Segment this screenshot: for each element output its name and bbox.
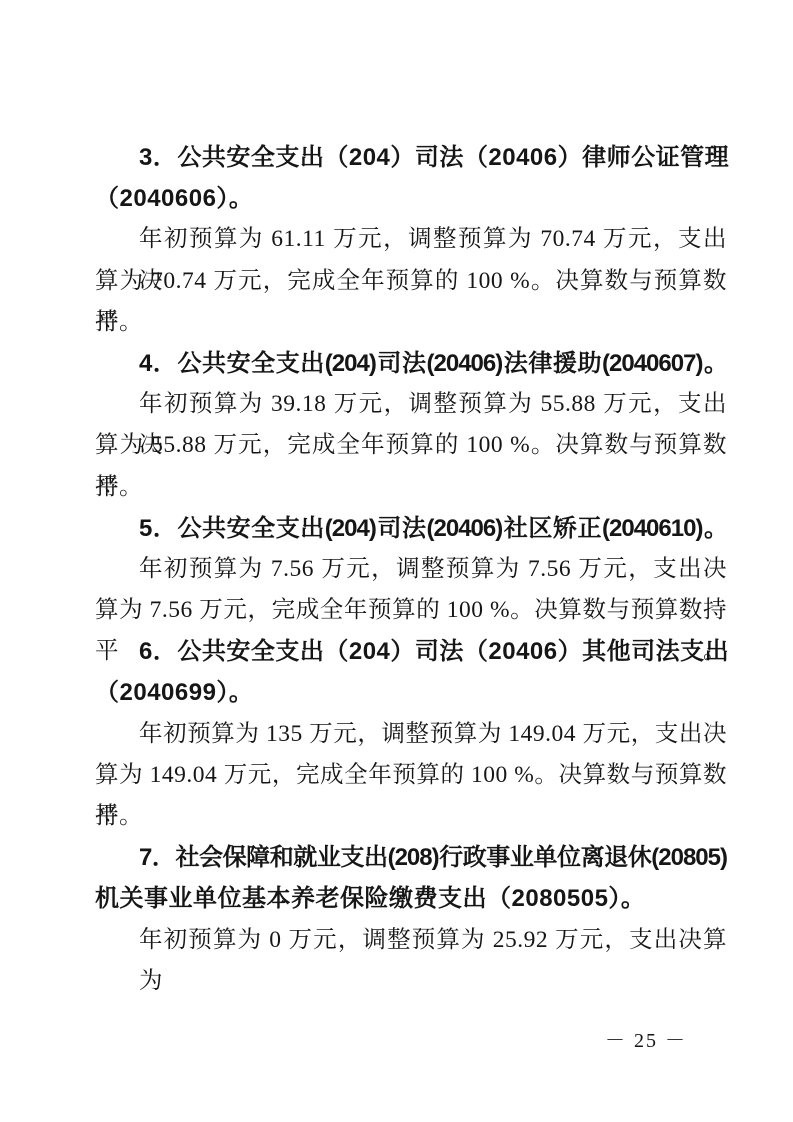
document-page: 3．公共安全支出（204）司法（20406）律师公证管理 （2040606）。 …	[0, 0, 793, 1122]
section-4-body-line-3: 平。	[95, 467, 727, 508]
section-3-body-line-2: 算为 70.74 万元，完成全年预算的 100 %。决算数与预算数持	[95, 261, 727, 302]
section-7-heading-line-2: 机关事业单位基本养老保险缴费支出（2080505）。	[95, 878, 727, 919]
section-3-heading-line-2: （2040606）。	[95, 178, 727, 219]
section-3-heading-line-1: 3．公共安全支出（204）司法（20406）律师公证管理	[95, 137, 727, 178]
document-body: 3．公共安全支出（204）司法（20406）律师公证管理 （2040606）。 …	[95, 137, 727, 961]
section-6-heading-line-1: 6．公共安全支出（204）司法（20406）其他司法支出	[95, 631, 727, 672]
section-7-heading-line-1: 7．社会保障和就业支出(208)行政事业单位离退休(20805)	[95, 837, 727, 878]
section-4-body-line-1: 年初预算为 39.18 万元，调整预算为 55.88 万元，支出决	[95, 384, 727, 425]
section-6-body-line-2: 算为 149.04 万元，完成全年预算的 100 %。决算数与预算数持	[95, 755, 727, 796]
section-3-body-line-1: 年初预算为 61.11 万元，调整预算为 70.74 万元，支出决	[95, 219, 727, 260]
section-5-body-line-1: 年初预算为 7.56 万元，调整预算为 7.56 万元，支出决	[95, 549, 727, 590]
page-number: － 25 －	[605, 1030, 687, 1052]
section-3-body-line-3: 平。	[95, 302, 727, 343]
section-4-body-line-2: 算为 55.88 万元，完成全年预算的 100 %。决算数与预算数持	[95, 425, 727, 466]
section-6-heading-line-2: （2040699）。	[95, 672, 727, 713]
section-7-body-line-1: 年初预算为 0 万元，调整预算为 25.92 万元，支出决算为	[95, 920, 727, 961]
section-5-body-line-2: 算为 7.56 万元，完成全年预算的 100 %。决算数与预算数持平。	[95, 590, 727, 631]
section-4-heading-line: 4．公共安全支出(204)司法(20406)法律援助(2040607)。	[95, 343, 727, 384]
section-5-heading-line: 5．公共安全支出(204)司法(20406)社区矫正(2040610)。	[95, 508, 727, 549]
section-6-body-line-3: 平。	[95, 796, 727, 837]
section-6-body-line-1: 年初预算为 135 万元，调整预算为 149.04 万元，支出决	[95, 714, 727, 755]
